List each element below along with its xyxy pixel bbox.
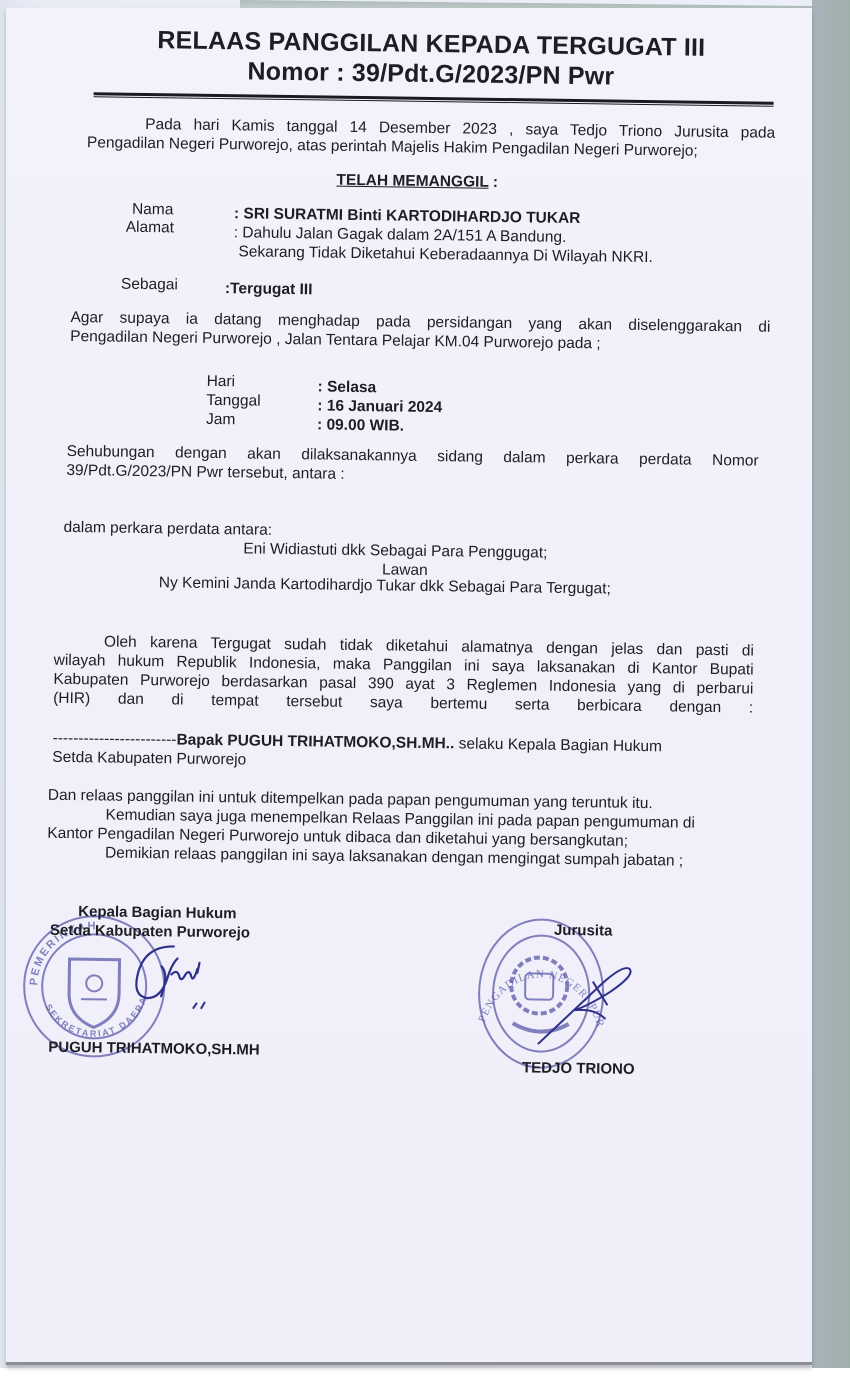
address-label: Alamat <box>126 219 174 238</box>
case-line-2: 39/Pdt.G/2023/PN Pwr tersebut, antara : <box>66 462 345 484</box>
role-value: :Tergugat III <box>225 280 313 299</box>
summoned-heading-text: TELAH MEMANGGIL <box>336 172 488 191</box>
hearing-day-value: : Selasa <box>317 378 376 397</box>
hearing-time-value: : 09.00 WIB. <box>317 416 404 435</box>
hearing-date-value: : 16 Januari 2024 <box>317 397 442 417</box>
hearing-date-label: Tanggal <box>206 392 261 411</box>
name-label: Nama <box>132 201 174 220</box>
hearing-time-label: Jam <box>206 411 236 429</box>
met-person-name: Bapak PUGUH TRIHATMOKO,SH.MH.. <box>176 731 454 752</box>
right-signer-title: Jurusita <box>554 922 613 941</box>
right-signer-name: TEDJO TRIONO <box>522 1059 635 1079</box>
met-line-2: Setda Kabupaten Purworejo <box>52 749 246 770</box>
case-between: dalam perkara perdata antara: <box>63 519 272 540</box>
address-line-2: Sekarang Tidak Diketahui Keberadaannya D… <box>238 243 653 267</box>
summoned-heading: TELAH MEMANGGIL : <box>336 172 498 192</box>
left-signer-name: PUGUH TRIHATMOKO,SH.MH <box>48 1039 260 1060</box>
hearing-day-label: Hari <box>207 373 236 391</box>
left-signer-title-1: Kepala Bagian Hukum <box>78 903 237 923</box>
role-label: Sebagai <box>121 276 178 295</box>
right-signature <box>532 951 643 1053</box>
header-rule <box>94 92 774 106</box>
plaintiffs: Eni Widiastuti dkk Sebagai Para Pengguga… <box>243 540 547 562</box>
defendants: Ny Kemini Janda Kartodihardjo Tukar dkk … <box>159 574 611 598</box>
left-signature <box>113 936 224 1028</box>
document-content: RELAAS PANGGILAN KEPADA TERGUGAT III Nom… <box>0 0 850 1400</box>
